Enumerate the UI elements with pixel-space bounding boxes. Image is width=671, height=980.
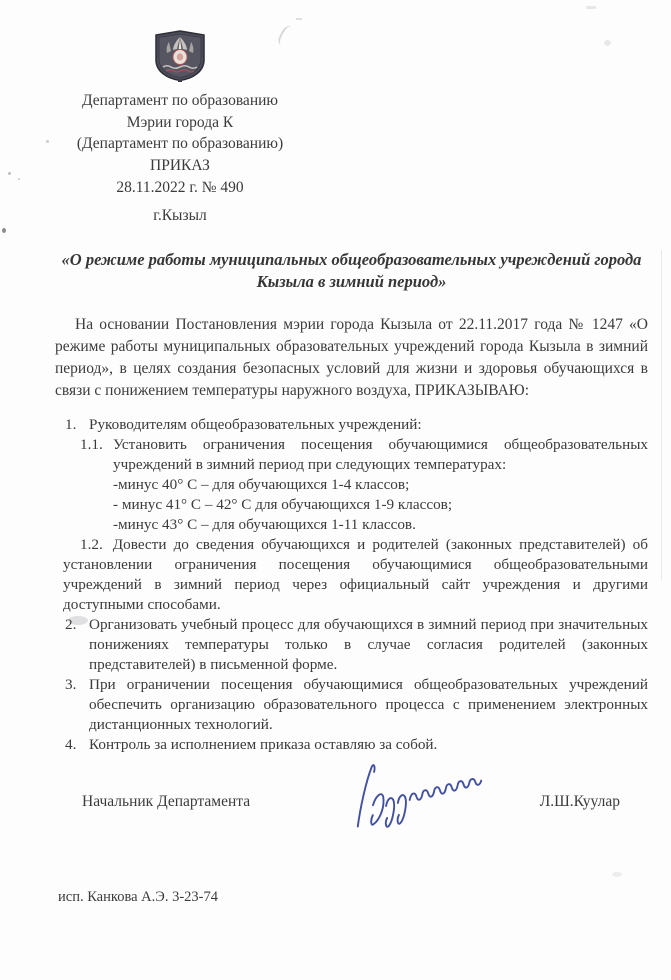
city-coat-of-arms-icon xyxy=(153,30,207,82)
document-title: «О режиме работы муниципальных общеобраз… xyxy=(55,249,648,293)
document-content: Департамент по образованию Мэрии города … xyxy=(55,0,648,906)
temperature-line-3: -минус 43° С – для обучающихся 1-11 клас… xyxy=(113,515,648,535)
item-text: Довести до сведения обучающихся и родите… xyxy=(63,536,648,613)
scan-edge-line xyxy=(661,250,662,580)
list-item-3: 3. При ограничении посещения обучающимис… xyxy=(65,675,648,735)
temperature-line-2: - минус 41° С – 42° С для обучающихся 1-… xyxy=(113,495,648,515)
doc-date-number: 28.11.2022 г. № 490 xyxy=(19,177,341,199)
intro-paragraph: На основании Постановления мэрии города … xyxy=(55,314,648,402)
scanned-order-document: Департамент по образованию Мэрии города … xyxy=(0,0,671,980)
signature-block: Начальник Департамента Л.Ш.Куулар xyxy=(55,791,648,813)
item-number: 2. xyxy=(65,615,89,675)
list-item-1-2: 1.2.Довести до сведения обучающихся и ро… xyxy=(63,535,648,615)
handwritten-signature xyxy=(345,753,495,831)
item-number: 1.2. xyxy=(80,536,103,553)
list-item-1-1: 1.1. Установить ограничения посещения об… xyxy=(80,435,648,535)
item-text: Руководителям общеобразовательных учрежд… xyxy=(89,415,648,435)
executor-footer: исп. Канкова А.Э. 3-23-74 xyxy=(58,889,648,906)
item-1-1-text: Установить ограничения посещения обучающ… xyxy=(113,436,648,473)
doc-type-label: ПРИКАЗ xyxy=(19,155,341,177)
item-number: 3. xyxy=(65,675,89,735)
doc-city: г.Кызыл xyxy=(19,205,341,227)
org-line-3: (Департамент по образованию) xyxy=(19,133,341,155)
org-line-1: Департамент по образованию xyxy=(19,90,341,112)
item-text: При ограничении посещения обучающимися о… xyxy=(89,675,648,735)
item-number: 1. xyxy=(65,415,89,435)
document-header: Департамент по образованию Мэрии города … xyxy=(19,0,341,227)
item-number: 1.1. xyxy=(80,435,113,535)
temperature-line-1: -минус 40° С – для обучающихся 1-4 класс… xyxy=(113,475,648,495)
list-item-1: 1. Руководителям общеобразовательных учр… xyxy=(65,415,648,435)
list-item-2: 2. Организовать учебный процесс для обуч… xyxy=(65,615,648,675)
list-item-4: 4. Контроль за исполнением приказа остав… xyxy=(65,735,648,755)
signer-position: Начальник Департамента xyxy=(82,791,250,813)
item-text: Организовать учебный процесс для обучающ… xyxy=(89,615,648,675)
item-number: 4. xyxy=(65,735,89,755)
order-items-list: 1. Руководителям общеобразовательных учр… xyxy=(55,415,648,755)
signer-name: Л.Ш.Куулар xyxy=(540,791,620,813)
scan-speck xyxy=(8,172,11,175)
org-line-2: Мэрии города К xyxy=(19,112,341,134)
scan-speck xyxy=(2,228,6,233)
item-text: Контроль за исполнением приказа оставляю… xyxy=(89,735,648,755)
item-text: Установить ограничения посещения обучающ… xyxy=(113,435,648,535)
org-name-block: Департамент по образованию Мэрии города … xyxy=(19,90,341,199)
